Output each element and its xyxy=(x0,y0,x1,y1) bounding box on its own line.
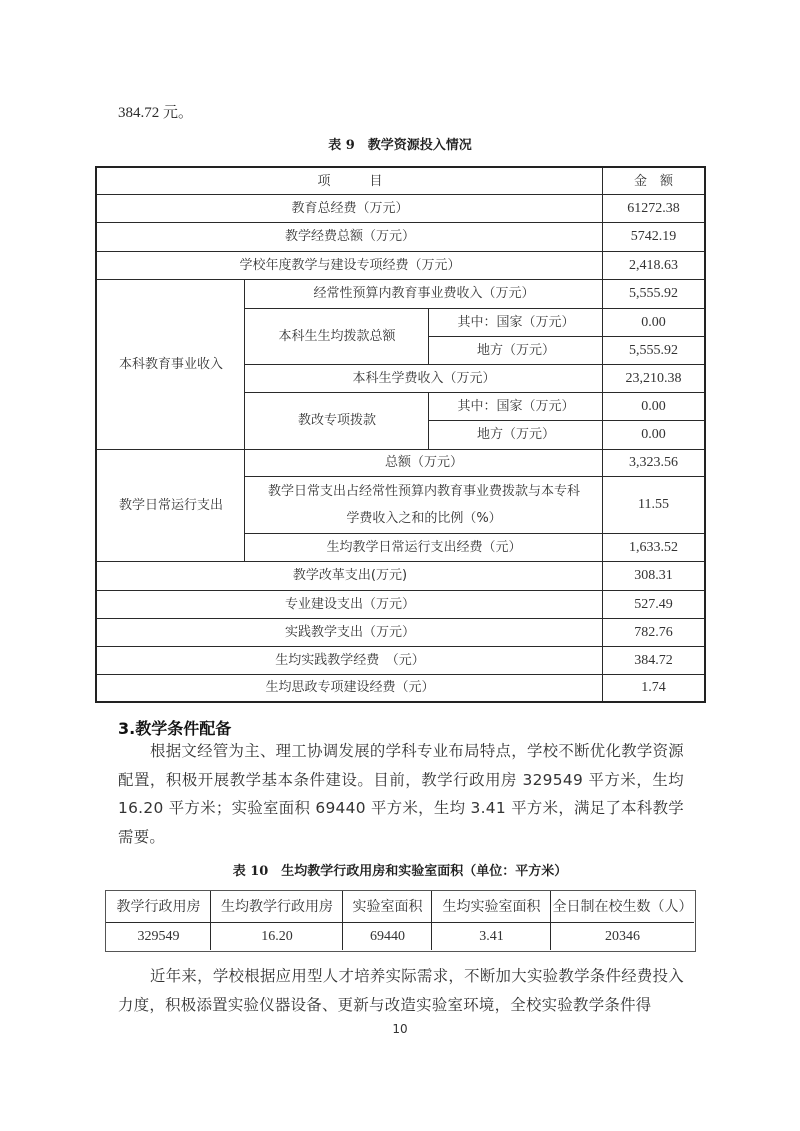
table9-caption: 表 9 教学资源投入情况 xyxy=(0,134,800,153)
paragraph-text: 根据文经管为主、理工协调发展的学科专业布局特点，学校不断优化教学资源配置，积极开… xyxy=(118,742,684,846)
header-amount: 金 额 xyxy=(603,168,704,195)
row-value-practical-teaching: 782.76 xyxy=(603,619,704,646)
row-value-daily-ratio: 11.55 xyxy=(603,477,704,533)
row-label-daily-ratio: 教学日常支出占经常性预算内教育事业费拨款与本专科学费收入之和的比例（%） xyxy=(265,477,583,533)
row-value-practical-per-student: 384.72 xyxy=(603,647,704,674)
row-label-total-education-funds: 教育总经费（万元） xyxy=(97,195,603,223)
header-admin-per-student: 生均教学行政用房 xyxy=(211,891,343,923)
row-value-allocation-national: 0.00 xyxy=(603,309,704,336)
row-value-ideological-per-student: 1.74 xyxy=(603,675,704,701)
row-label-practical-per-student: 生均实践教学经费 （元） xyxy=(97,647,603,674)
paragraph-lab-investment: 近年来，学校根据应用型人才培养实际需求，不断加大实验教学条件经费投入力度，积极添… xyxy=(118,962,684,1019)
group-label-daily-operation: 教学日常运行支出 xyxy=(97,450,245,561)
row-value-reform-local: 0.00 xyxy=(603,421,704,449)
row-label-allocation-national: 其中：国家（万元） xyxy=(429,309,603,336)
row-value-special-funds: 2,418.63 xyxy=(603,252,704,280)
row-label-regular-budget: 经常性预算内教育事业费收入（万元） xyxy=(245,280,603,308)
value-lab-per-student: 3.41 xyxy=(432,923,551,950)
row-label-daily-total: 总额（万元） xyxy=(245,450,603,476)
value-lab-area: 69440 xyxy=(343,923,432,950)
page-number: 10 xyxy=(0,1022,800,1036)
paragraph-teaching-conditions: 根据文经管为主、理工协调发展的学科专业布局特点，学校不断优化教学资源配置，积极开… xyxy=(118,737,684,851)
value-admin-building: 329549 xyxy=(106,923,211,950)
row-label-practical-teaching: 实践教学支出（万元） xyxy=(97,619,603,646)
table9-teaching-resources: 项 目 金 额 教育总经费（万元） 61272.38 教学经费总额（万元） 57… xyxy=(95,166,706,703)
row-label-reform-local: 地方（万元） xyxy=(429,421,603,449)
table10-caption: 表 10 生均教学行政用房和实验室面积（单位：平方米） xyxy=(0,860,800,879)
row-value-tuition: 23,210.38 xyxy=(603,365,704,392)
row-label-ideological-per-student: 生均思政专项建设经费（元） xyxy=(97,675,603,701)
row-value-regular-budget: 5,555.92 xyxy=(603,280,704,308)
subgroup-label-per-student-allocation: 本科生生均拨款总额 xyxy=(245,309,429,364)
row-label-allocation-local: 地方（万元） xyxy=(429,337,603,364)
row-label-tuition: 本科生学费收入（万元） xyxy=(245,365,603,392)
row-label-daily-per-student: 生均教学日常运行支出经费（元） xyxy=(245,534,603,561)
row-label-teaching-reform: 教学改革支出(万元) xyxy=(97,562,603,590)
header-admin-building: 教学行政用房 xyxy=(106,891,211,923)
header-fulltime-students: 全日制在校生数（人） xyxy=(551,891,694,923)
group-label-undergrad-income: 本科教育事业收入 xyxy=(97,280,245,449)
row-value-reform-national: 0.00 xyxy=(603,393,704,420)
header-lab-per-student: 生均实验室面积 xyxy=(432,891,551,923)
row-label-special-funds: 学校年度教学与建设专项经费（万元） xyxy=(97,252,603,280)
row-value-teaching-funds-total: 5742.19 xyxy=(603,223,704,251)
section-title: 3.教学条件配备 xyxy=(118,716,231,739)
row-value-daily-total: 3,323.56 xyxy=(603,450,704,476)
header-item: 项 目 xyxy=(97,168,603,195)
row-label-teaching-funds-total: 教学经费总额（万元） xyxy=(97,223,603,251)
table10-building-area: 教学行政用房 生均教学行政用房 实验室面积 生均实验室面积 全日制在校生数（人）… xyxy=(105,890,696,952)
paragraph-text: 近年来，学校根据应用型人才培养实际需求，不断加大实验教学条件经费投入力度，积极添… xyxy=(118,967,684,1014)
value-admin-per-student: 16.20 xyxy=(211,923,343,950)
row-label-major-construction: 专业建设支出（万元） xyxy=(97,591,603,618)
row-value-allocation-local: 5,555.92 xyxy=(603,337,704,364)
row-label-reform-national: 其中：国家（万元） xyxy=(429,393,603,420)
lead-text: 384.72 元。 xyxy=(118,101,193,122)
subgroup-label-reform-allocation: 教改专项拨款 xyxy=(245,393,429,449)
row-value-teaching-reform: 308.31 xyxy=(603,562,704,590)
row-value-total-education-funds: 61272.38 xyxy=(603,195,704,223)
value-fulltime-students: 20346 xyxy=(551,923,694,950)
row-value-major-construction: 527.49 xyxy=(603,591,704,618)
row-value-daily-per-student: 1,633.52 xyxy=(603,534,704,561)
header-lab-area: 实验室面积 xyxy=(343,891,432,923)
